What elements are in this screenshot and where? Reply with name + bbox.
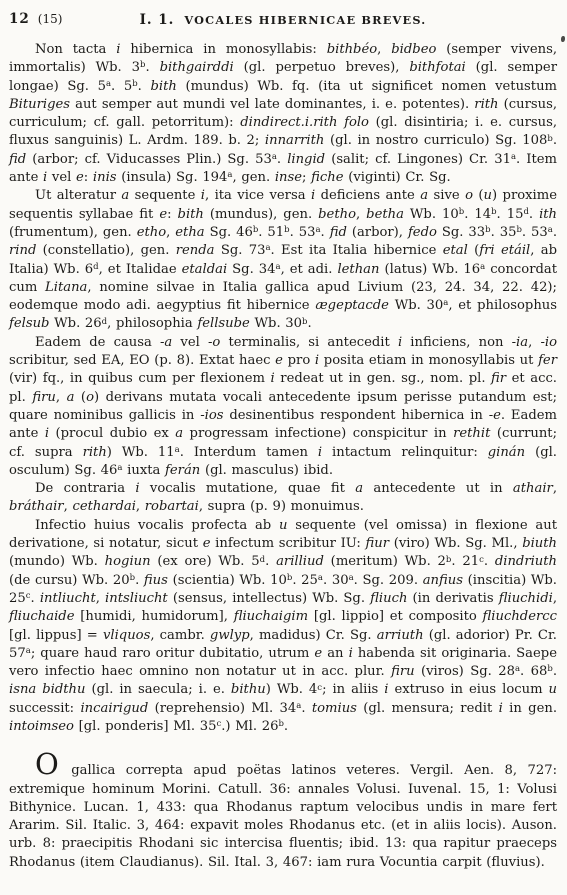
- italic-run: etal: [443, 243, 468, 258]
- italic-run: dindriuth: [495, 554, 557, 569]
- italic-run: fliuchdercc: [483, 609, 557, 624]
- superscript: a: [272, 152, 277, 162]
- italic-run: biuth: [522, 536, 557, 551]
- text-run: . 53: [522, 225, 548, 240]
- italic-run: athair: [513, 481, 553, 496]
- text-run: .: [31, 591, 40, 606]
- text-run: . 30: [323, 573, 349, 588]
- superscript: b: [446, 555, 451, 565]
- text-run: (mundus) Wb. fq. (ita ut significet nome…: [177, 79, 557, 94]
- text-run: [gl. ponderis] Ml. 35: [74, 719, 217, 734]
- text-run: (de cursu) Wb. 20: [9, 573, 130, 588]
- text-run: (viro) Wb. Sg. Ml.,: [389, 536, 522, 551]
- italic-run: dindirect.i.rith folo: [240, 115, 369, 130]
- italic-run: rind: [9, 243, 36, 258]
- superscript: a: [265, 243, 270, 253]
- text-run: ;: [302, 170, 311, 185]
- text-run: . 15: [497, 207, 524, 222]
- text-run: . 35: [491, 225, 517, 240]
- italic-run: e: [314, 646, 322, 661]
- italic-run: innarrith: [265, 133, 324, 148]
- text-block: Non tacta i hibernica in monosyllabis: b…: [9, 41, 557, 872]
- text-run: .: [265, 554, 276, 569]
- text-run: . Est ita Italia hibernice: [271, 243, 443, 258]
- text-run: , madidus) Cr. Sg.: [250, 628, 377, 643]
- text-run: (: [468, 243, 479, 258]
- text-run: ; in aliis: [322, 682, 384, 697]
- italic-run: bithgairddi: [160, 60, 234, 75]
- text-run: (meritum) Wb. 2: [324, 554, 446, 569]
- italic-run: ferán: [165, 463, 200, 478]
- text-run: sequente: [129, 188, 201, 203]
- paragraph: Infectio huius vocalis profecta ab u seq…: [9, 517, 557, 737]
- text-run: . Sg. 209.: [354, 573, 423, 588]
- italic-run: -io: [540, 335, 557, 350]
- text-run: redeat ut in gen. sg., nom. pl.: [275, 371, 491, 386]
- text-run: ; quare haud raro oritur dubitatio, utru…: [31, 646, 315, 661]
- italic-run: fliuchaigim: [234, 609, 308, 624]
- superscript: b: [284, 225, 289, 235]
- superscript: d: [93, 262, 98, 272]
- text-run: Wb. 30: [389, 298, 443, 313]
- text-run: Eadem de causa: [35, 335, 160, 350]
- text-run: , et philosophus: [448, 298, 557, 313]
- italic-run: ginán: [488, 445, 525, 460]
- superscript: a: [443, 298, 448, 308]
- text-run: deficiens ante: [315, 188, 420, 203]
- italic-run: -a: [160, 335, 172, 350]
- superscript: b: [302, 317, 307, 327]
- superscript: a: [175, 445, 180, 455]
- text-run: (: [74, 390, 86, 405]
- text-run: .: [553, 225, 557, 240]
- italic-run: isna bidthu: [9, 682, 85, 697]
- superscript: b: [132, 79, 137, 89]
- italic-run: fius: [144, 573, 168, 588]
- text-run: (viginti) Cr. Sg.: [344, 170, 451, 185]
- text-run: (insula) Sg. 194: [117, 170, 228, 185]
- italic-run: -o: [208, 335, 220, 350]
- italic-run: bithbéo: [327, 42, 377, 57]
- paragraph: O gallica correpta apud poëtas latinos v…: [9, 755, 557, 872]
- italic-run: intsliucht: [105, 591, 168, 606]
- text-run: . 14: [464, 207, 491, 222]
- text-run: Sg. 34: [227, 262, 275, 277]
- italic-run: a: [420, 188, 428, 203]
- text-run: , et adi.: [281, 262, 338, 277]
- italic-run: bráthair: [9, 499, 64, 514]
- italic-run: fid: [9, 152, 26, 167]
- italic-run: firu: [32, 390, 56, 405]
- superscript: b: [547, 134, 552, 144]
- superscript: a: [349, 573, 354, 583]
- text-run: ,: [166, 225, 175, 240]
- text-run: terminalis, si antecedit: [220, 335, 398, 350]
- text-run: progressam infectione) conspicitur in: [183, 426, 453, 441]
- text-run: extruso in eius locum: [389, 682, 549, 697]
- superscript: b: [287, 573, 292, 583]
- text-run: (gl. in nostro curriculo) Sg. 108: [324, 133, 547, 148]
- text-run: inficiens, non: [402, 335, 511, 350]
- text-run: . 53: [290, 225, 316, 240]
- italic-run: fid: [330, 225, 347, 240]
- superscript: d: [523, 207, 528, 217]
- text-run: ,: [136, 499, 145, 514]
- superscript: a: [296, 701, 301, 711]
- superscript: d: [102, 317, 107, 327]
- italic-run: intliucht: [40, 591, 96, 606]
- paragraph: Ut alteratur a sequente i, ita vice vers…: [9, 187, 557, 333]
- superscript: a: [26, 646, 31, 656]
- scan-speck: [561, 36, 565, 42]
- text-run: (in derivatis: [407, 591, 498, 606]
- text-run: . 5: [111, 79, 132, 94]
- text-run: . 51: [258, 225, 284, 240]
- text-run: (gl. masculus) ibid.: [200, 463, 333, 478]
- text-run: , ita vice versa: [205, 188, 311, 203]
- italic-run: cethardai: [72, 499, 135, 514]
- text-run: .: [529, 207, 539, 222]
- text-run: .: [307, 316, 311, 331]
- text-run: vel: [47, 170, 76, 185]
- italic-run: Litana: [45, 280, 87, 295]
- superscript: b: [491, 207, 496, 217]
- text-run: ,: [356, 207, 366, 222]
- text-run: .: [138, 79, 151, 94]
- text-run: (vir) fq., in quibus cum per flexionem: [9, 371, 271, 386]
- text-run: , cambr.: [150, 628, 210, 643]
- text-run: .: [321, 225, 330, 240]
- italic-run: lingid: [287, 152, 325, 167]
- italic-run: fer: [538, 353, 557, 368]
- italic-run: rith: [83, 445, 107, 460]
- italic-run: ith: [539, 207, 557, 222]
- text-run: vel: [172, 335, 208, 350]
- italic-run: etaldai: [182, 262, 228, 277]
- italic-run: o: [86, 390, 94, 405]
- text-run: (arbor; cf. Viducasses Plin.) Sg. 53: [26, 152, 272, 167]
- text-run: scribitur, sed EA, EO (p. 8). Extat haec: [9, 353, 275, 368]
- text-run: (viros) Sg. 28: [415, 664, 515, 679]
- italic-run: -ia: [512, 335, 528, 350]
- text-run: ) Wb. 4: [266, 682, 318, 697]
- italic-run: bithu: [231, 682, 266, 697]
- italic-run: a: [175, 426, 183, 441]
- running-title: I. 1.VOCALES HIBERNICAE BREVES.: [9, 12, 557, 28]
- italic-run: arilliud: [276, 554, 324, 569]
- text-run: (salit; cf. Lingones) Cr. 31: [325, 152, 511, 167]
- italic-run: rith: [474, 97, 498, 112]
- text-run: iuxta: [122, 463, 165, 478]
- paragraph-initial-letter: O: [35, 747, 61, 781]
- page-header: 12(15) I. 1.VOCALES HIBERNICAE BREVES.: [9, 11, 557, 33]
- text-run: Wb. 30: [250, 316, 302, 331]
- italic-run: fri etáil: [479, 243, 530, 258]
- text-run: (: [473, 188, 484, 203]
- superscript: a: [106, 79, 111, 89]
- italic-run: gwlyp: [210, 628, 250, 643]
- superscript: c: [479, 555, 484, 565]
- italic-run: inis: [93, 170, 117, 185]
- italic-run: e: [76, 170, 84, 185]
- text-run: ,: [96, 591, 105, 606]
- text-run: . 25: [292, 573, 318, 588]
- text-run: Wb. 10: [404, 207, 459, 222]
- superscript: a: [315, 225, 320, 235]
- text-run: [humidi, humidorum],: [74, 609, 233, 624]
- italic-run: bidbeo: [391, 42, 436, 57]
- text-run: ,: [528, 335, 540, 350]
- text-run: (constellatio), gen.: [36, 243, 175, 258]
- text-run: vocalis mutatione, quae fit: [140, 481, 356, 496]
- text-run: (latus) Wb. 16: [379, 262, 480, 277]
- superscript: a: [227, 170, 232, 180]
- text-run: ) Wb. 11: [107, 445, 175, 460]
- text-run: (sensus, intellectus) Wb. Sg.: [168, 591, 370, 606]
- text-run: , et Italidae: [99, 262, 182, 277]
- superscript: a: [511, 152, 516, 162]
- italic-run: renda: [176, 243, 215, 258]
- text-run: .: [135, 573, 144, 588]
- italic-run: fliuchidi: [499, 591, 553, 606]
- superscript: b: [130, 573, 135, 583]
- text-run: (mundo) Wb.: [9, 554, 105, 569]
- text-run: (reprehensio) Ml. 34: [148, 701, 296, 716]
- text-run: :: [84, 170, 93, 185]
- text-run: ,: [377, 42, 391, 57]
- text-run: Non tacta: [35, 42, 116, 57]
- scanned-page: 12(15) I. 1.VOCALES HIBERNICAE BREVES. N…: [0, 0, 567, 895]
- italic-run: hogiun: [105, 554, 151, 569]
- superscript: c: [216, 719, 221, 729]
- text-run: desinentibus respondent hibernica in: [224, 408, 489, 423]
- section-number: I. 1.: [140, 12, 175, 28]
- italic-run: betho: [318, 207, 356, 222]
- italic-run: -ios: [200, 408, 223, 423]
- superscript: a: [318, 573, 323, 583]
- italic-run: bithfotai: [409, 60, 465, 75]
- italic-run: arriuth: [377, 628, 424, 643]
- superscript: d: [260, 555, 265, 565]
- superscript: b: [547, 664, 552, 674]
- text-run: Ut alteratur: [35, 188, 121, 203]
- text-run: intactum relinquitur:: [322, 445, 488, 460]
- text-run: (gl. perpetuo breves),: [234, 60, 410, 75]
- italic-run: etho: [137, 225, 166, 240]
- superscript: b: [516, 225, 521, 235]
- superscript: b: [459, 207, 464, 217]
- italic-run: fir: [491, 371, 506, 386]
- text-run: antecedente ut in: [363, 481, 513, 496]
- italic-run: bith: [178, 207, 204, 222]
- italic-run: u: [484, 188, 492, 203]
- text-run: successit:: [9, 701, 80, 716]
- text-run: .: [301, 701, 312, 716]
- text-run: gallica correpta apud poëtas latinos vet…: [9, 763, 557, 869]
- italic-run: fedo: [408, 225, 437, 240]
- text-run: Sg. 33: [437, 225, 485, 240]
- text-run: .: [553, 133, 557, 148]
- italic-run: incairigud: [80, 701, 148, 716]
- text-run: .: [145, 60, 159, 75]
- superscript: b: [278, 719, 283, 729]
- text-run: (scientia) Wb. 10: [168, 573, 287, 588]
- superscript: b: [485, 225, 490, 235]
- text-run: .: [277, 152, 287, 167]
- text-run: , gen.: [232, 170, 274, 185]
- italic-run: felsub: [9, 316, 49, 331]
- superscript: b: [140, 60, 145, 70]
- italic-run: fiche: [311, 170, 343, 185]
- text-run: sive: [428, 188, 465, 203]
- text-run: (gl. in saecula; i. e.: [85, 682, 230, 697]
- text-run: infectum scribitur IU:: [210, 536, 365, 551]
- text-run: (mundus), gen.: [204, 207, 318, 222]
- italic-run: o: [465, 188, 473, 203]
- text-run: , supra (p. 9) monuimus.: [199, 499, 364, 514]
- paragraph: Eadem de causa -a vel -o terminalis, si …: [9, 334, 557, 480]
- text-run: :: [167, 207, 177, 222]
- text-run: .: [484, 554, 495, 569]
- text-run: aut semper aut mundi vel late dominantes…: [70, 97, 474, 112]
- italic-run: u: [549, 682, 557, 697]
- text-run: ,: [56, 390, 67, 405]
- italic-run: lethan: [337, 262, 379, 277]
- superscript: a: [548, 225, 553, 235]
- paragraph: De contraria i vocalis mutatione, quae f…: [9, 480, 557, 517]
- text-run: hibernica in monosyllabis:: [120, 42, 326, 57]
- superscript: c: [26, 591, 31, 601]
- italic-run: firu: [391, 664, 415, 679]
- text-run: Sg. 46: [205, 225, 253, 240]
- superscript: c: [317, 683, 322, 693]
- text-run: , philosophia: [107, 316, 197, 331]
- italic-run: ægeptacde: [315, 298, 389, 313]
- text-run: (arbor),: [347, 225, 408, 240]
- chapter-title: VOCALES HIBERNICAE BREVES.: [184, 13, 426, 27]
- italic-run: fiur: [366, 536, 390, 551]
- italic-run: -e: [489, 408, 501, 423]
- italic-run: intoimseo: [9, 719, 74, 734]
- text-run: Wb. 26: [49, 316, 101, 331]
- italic-run: fellsube: [197, 316, 249, 331]
- italic-run: fliuch: [370, 591, 407, 606]
- italic-run: tomius: [312, 701, 357, 716]
- text-run: ,: [553, 481, 557, 496]
- text-run: Infectio huius vocalis profecta ab: [35, 518, 279, 533]
- italic-run: fliuchaide: [9, 609, 74, 624]
- paragraph: Non tacta i hibernica in monosyllabis: b…: [9, 41, 557, 187]
- text-run: (ex ore) Wb. 5: [151, 554, 260, 569]
- superscript: a: [480, 262, 485, 272]
- text-run: ,: [553, 591, 557, 606]
- italic-run: e: [159, 207, 167, 222]
- italic-run: robartai: [145, 499, 199, 514]
- italic-run: anfius: [423, 573, 463, 588]
- italic-run: vliquos: [103, 628, 150, 643]
- italic-run: Bituriges: [9, 97, 70, 112]
- text-run: pro: [283, 353, 315, 368]
- italic-run: betha: [366, 207, 404, 222]
- text-run: (procul dubio ex: [49, 426, 175, 441]
- superscript: a: [117, 463, 122, 473]
- italic-run: etha: [175, 225, 204, 240]
- text-run: (frumentum), gen.: [9, 225, 137, 240]
- text-run: Sg. 73: [215, 243, 266, 258]
- superscript: a: [515, 664, 520, 674]
- text-run: [gl. lippio] et composito: [308, 609, 482, 624]
- text-run: in gen.: [503, 701, 557, 716]
- italic-run: rethit: [453, 426, 490, 441]
- text-run: [gl. lippus] =: [9, 628, 103, 643]
- italic-run: bith: [150, 79, 176, 94]
- text-run: .: [284, 719, 288, 734]
- italic-run: inse: [275, 170, 302, 185]
- text-run: an: [322, 646, 348, 661]
- text-run: posita etiam in monosyllabis ut: [319, 353, 538, 368]
- text-run: . 68: [520, 664, 547, 679]
- superscript: b: [253, 225, 258, 235]
- text-run: . 21: [451, 554, 479, 569]
- italic-run: a: [355, 481, 363, 496]
- superscript: a: [275, 262, 280, 272]
- text-run: . Interdum tamen: [180, 445, 318, 460]
- text-run: .) Ml. 26: [221, 719, 278, 734]
- text-run: De contraria: [35, 481, 135, 496]
- text-run: (gl. mensura; redit: [357, 701, 499, 716]
- text-run: .: [553, 664, 557, 679]
- italic-run: e: [275, 353, 283, 368]
